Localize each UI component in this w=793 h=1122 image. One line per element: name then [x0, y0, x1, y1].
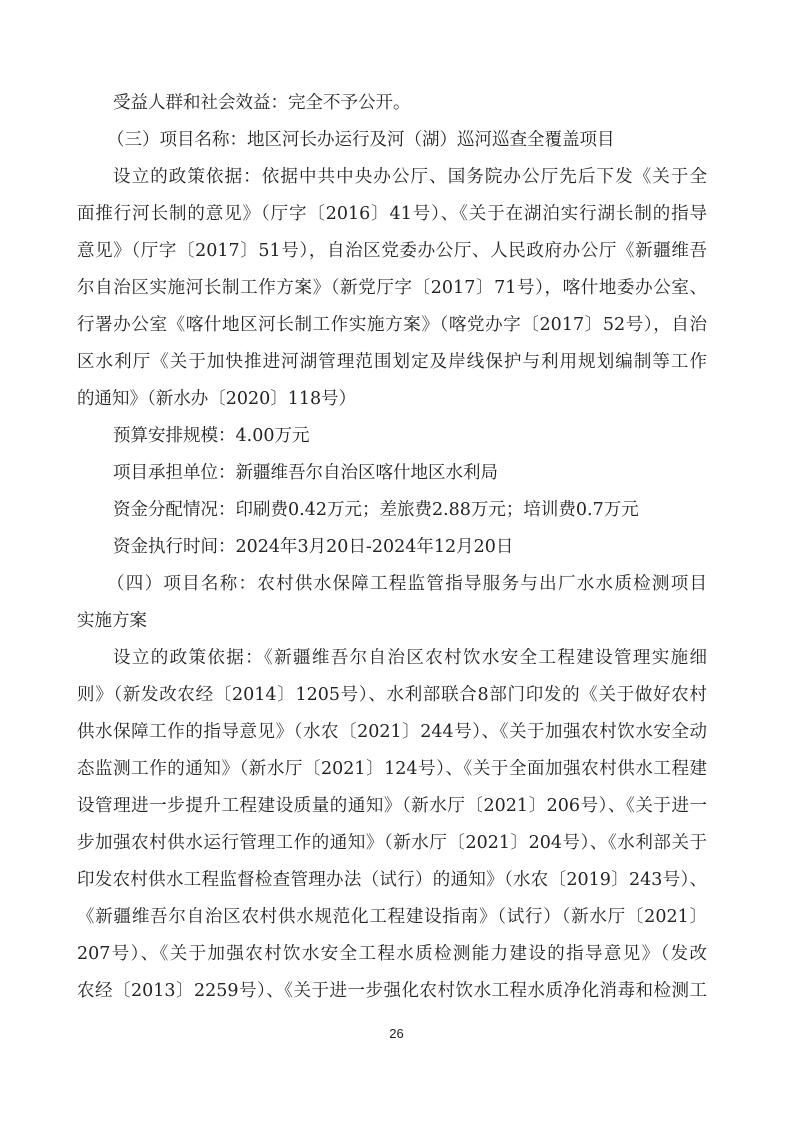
policy-basis-line: 设立的政策依据：《新疆维吾尔自治区农村饮水安全工程建设管理实施细	[113, 647, 707, 669]
page-number: 26	[0, 1026, 793, 1041]
policy-basis-line: 则》（新发改农经〔2014〕1205号）、水利部联合8部门印发的《关于做好农村	[77, 684, 707, 706]
document-page: 受益人群和社会效益：完全不予公开。 （三）项目名称：地区河长办运行及河（湖）巡河…	[0, 0, 793, 1122]
section-heading-4: （四）项目名称：农村供水保障工程监管指导服务与出厂水水质检测项目	[107, 573, 707, 595]
policy-basis-line: 面推行河长制的意见》（厅字〔2016〕41号）、《关于在湖泊实行湖长制的指导	[77, 203, 707, 225]
policy-basis-line: 态监测工作的通知》（新水厅〔2021〕124号）、《关于全面加强农村供水工程建	[77, 758, 707, 780]
policy-basis-line: 印发农村供水工程监督检查管理办法（试行）的通知》（水农〔2019〕243号）、	[77, 869, 707, 891]
policy-basis-line: 设管理进一步提升工程建设质量的通知》（新水厅〔2021〕206号）、《关于进一	[77, 795, 707, 817]
responsible-unit: 项目承担单位：新疆维吾尔自治区喀什地区水利局	[113, 462, 707, 484]
fund-allocation: 资金分配情况：印刷费0.42万元；差旅费2.88万元；培训费0.7万元	[113, 499, 707, 521]
policy-basis-line: 行署办公室《喀什地区河长制工作实施方案》（喀党办字〔2017〕52号），自治	[77, 314, 707, 336]
policy-basis-line: 区水利厅《关于加快推进河湖管理范围划定及岸线保护与利用规划编制等工作	[77, 351, 707, 373]
policy-basis-line: 尔自治区实施河长制工作方案》（新党厅字〔2017〕71号），喀什地委办公室、	[77, 277, 707, 299]
policy-basis-line: 的通知》（新水办〔2020〕118号）	[77, 388, 707, 410]
policy-basis-line: 207号）、《关于加强农村饮水安全工程水质检测能力建设的指导意见》（发改	[77, 943, 707, 965]
policy-basis-line: 意见》（厅字〔2017〕51号），自治区党委办公厅、人民政府办公厅《新疆维吾	[77, 240, 707, 262]
policy-basis-line: 农经〔2013〕2259号）、《关于进一步强化农村饮水工程水质净化消毒和检测工	[77, 980, 707, 1002]
section-heading-3: （三）项目名称：地区河长办运行及河（湖）巡河巡查全覆盖项目	[107, 129, 707, 151]
policy-basis-line: 设立的政策依据：依据中共中央办公厅、国务院办公厅先后下发《关于全	[113, 166, 707, 188]
policy-basis-line: 供水保障工作的指导意见》（水农〔2021〕244号）、《关于加强农村饮水安全动	[77, 721, 707, 743]
section-heading-4-cont: 实施方案	[77, 610, 707, 632]
policy-basis-line: 《新疆维吾尔自治区农村供水规范化工程建设指南》（试行）（新水厅〔2021〕	[77, 906, 707, 928]
paragraph-beneficiaries: 受益人群和社会效益：完全不予公开。	[113, 92, 707, 114]
fund-execution-time: 资金执行时间：2024年3月20日-2024年12月20日	[113, 536, 707, 558]
policy-basis-line: 步加强农村供水运行管理工作的通知》（新水厅〔2021〕204号）、《水利部关于	[77, 832, 707, 854]
budget-scale: 预算安排规模：4.00万元	[113, 425, 707, 447]
